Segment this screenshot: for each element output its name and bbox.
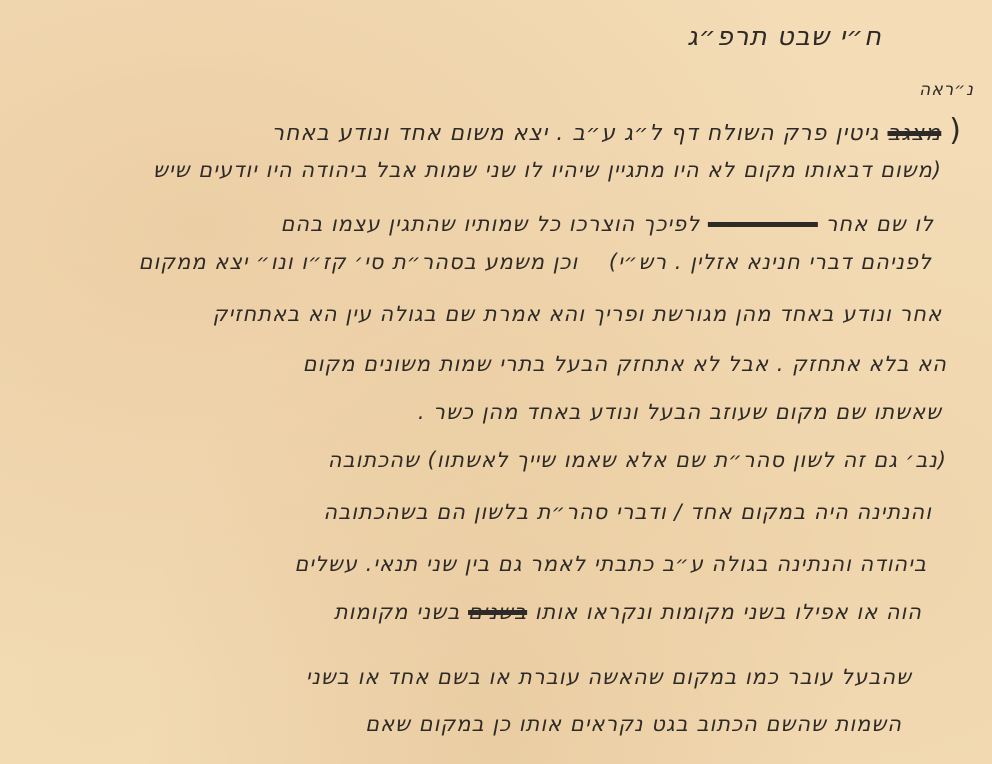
manuscript-line-13: השמות שהשם הכתוב בגט נקראים אותו כן במקו… <box>365 712 902 736</box>
manuscript-line-7: שאשתו שם מקום שעוזב הבעל ונודע באחד מהן … <box>418 400 942 424</box>
manuscript-line-5: אחר ונודע באחד מהן מגורשת ופריך והא אמרת… <box>213 302 942 326</box>
manuscript-line-8: (נב׳ גם זה לשון סהר״ת שם אלא שאמו שייך ל… <box>328 448 947 472</box>
struck-word-line-1: מצגב <box>888 121 942 146</box>
struck-word-line-11: בשנים <box>468 600 527 624</box>
struck-word-line-3: ————— <box>708 212 818 236</box>
manuscript-line-11: הוה או אפילו בשני מקומות ונקראו אותו בשנ… <box>334 600 922 624</box>
line-text-1: גיטין פרק השולח דף ל״ג ע״ב . יצא משום אח… <box>272 121 880 146</box>
manuscript-line-6: הא בלא אתחזק . אבל לא אתחזק הבעל בתרי שמ… <box>303 352 947 376</box>
manuscript-line-3: לו שם אחר ————— לפיכך הוצרכו כל שמותיו ש… <box>280 212 934 236</box>
line-text-11b: בשני מקומות <box>334 600 460 624</box>
line-text-4b: וכן משמע בסהר״ת סי׳ קז״ו ונו״ יצא ממקום <box>139 250 579 274</box>
margin-note: נ״ראה <box>919 80 974 100</box>
line-text-3b: לפיכך הוצרכו כל שמותיו שהתגין עצמו בהם <box>280 212 700 236</box>
manuscript-line-4: לפניהם דברי חנינא אזלין . רש״י) וכן משמע… <box>139 250 932 274</box>
header-date: ח״י שבט תרפ״ג <box>687 22 882 52</box>
manuscript-line-2: (משום דבאותו מקום לא היו מתגיין שיהיו לו… <box>153 158 942 182</box>
manuscript-line-9: והנתינה היה במקום אחד / ודברי סהר״ת בלשו… <box>323 500 932 524</box>
manuscript-line-10: ביהודה והנתינה בגולה ע״ב כתבתי לאמר גם ב… <box>294 552 927 576</box>
manuscript-line-12: שהבעל עובר כמו במקום שהאשה עוברת או בשם … <box>306 665 912 689</box>
line-text-11a: הוה או אפילו בשני מקומות ונקראו אותו <box>535 600 922 624</box>
line-text-3a: לו שם אחר <box>826 212 934 236</box>
open-paren-line-1: ( <box>949 113 962 148</box>
line-text-4a: לפניהם דברי חנינא אזלין . רש״י) <box>609 250 932 274</box>
manuscript-line-1: ( מצגב גיטין פרק השולח דף ל״ג ע״ב . יצא … <box>272 113 962 148</box>
